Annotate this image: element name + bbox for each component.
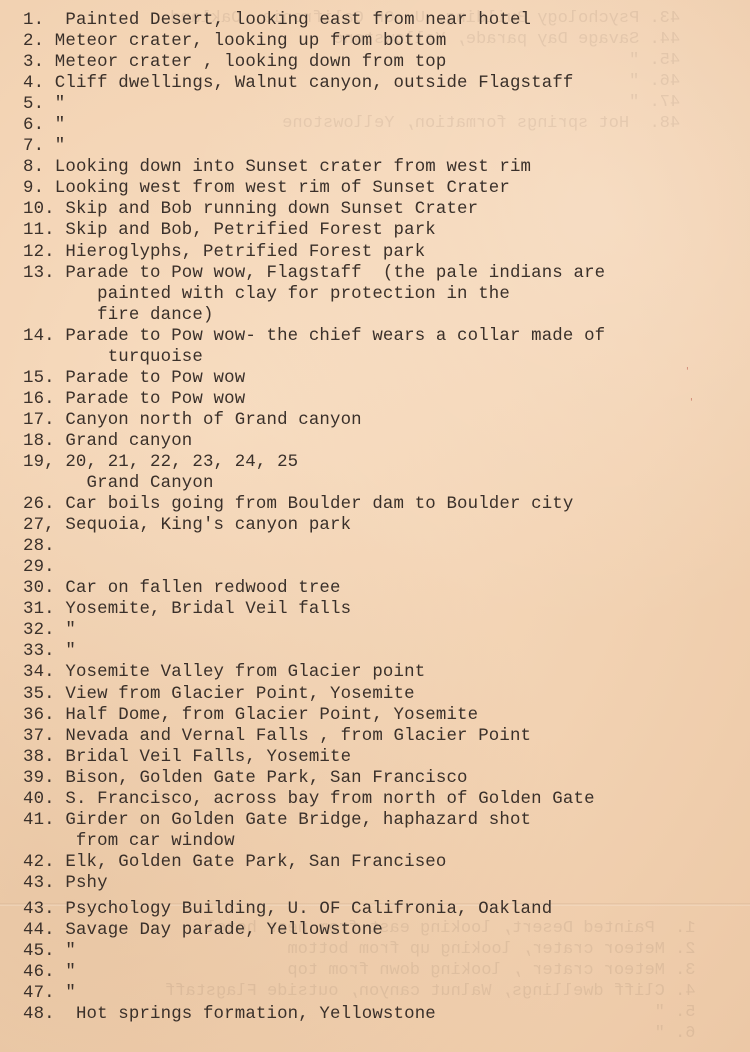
caption-entry: 26. Car boils going from Boulder dam to …: [23, 494, 605, 515]
entry-number: 45.: [23, 941, 55, 962]
entry-text: ": [55, 620, 76, 641]
caption-entry: 43. Psychology Building, U. OF Califroni…: [23, 899, 605, 920]
entry-number: 38.: [23, 747, 55, 768]
caption-entry: 37. Nevada and Vernal Falls , from Glaci…: [23, 726, 605, 747]
entry-number: 43.: [23, 899, 55, 920]
entry-continuation: from car window: [23, 831, 605, 852]
entry-number: 18.: [23, 431, 55, 452]
entry-text: Car boils going from Boulder dam to Boul…: [55, 494, 574, 515]
entry-number: 35.: [23, 684, 55, 705]
entry-number: 13.: [23, 263, 55, 284]
caption-entry: 42. Elk, Golden Gate Park, San Franciseo: [23, 852, 605, 873]
entry-text: Cliff dwellings, Walnut canyon, outside …: [44, 73, 573, 94]
entry-continuation: fire dance): [23, 305, 605, 326]
caption-entry: 39. Bison, Golden Gate Park, San Francis…: [23, 768, 605, 789]
caption-entry: 14. Parade to Pow wow- the chief wears a…: [23, 326, 605, 347]
entry-text: Savage Day parade, Yellowstone: [55, 920, 383, 941]
caption-entry: 29.: [23, 557, 605, 578]
entry-text: S. Francisco, across bay from north of G…: [55, 789, 595, 810]
entry-text: Looking down into Sunset crater from wes…: [44, 157, 531, 178]
caption-entry: 19, 20, 21, 22, 23, 24, 25: [23, 452, 605, 473]
caption-entry: 5. ": [23, 94, 605, 115]
entry-continuation: painted with clay for protection in the: [23, 284, 605, 305]
entry-number: 31.: [23, 599, 55, 620]
entry-number: 3.: [23, 52, 44, 73]
entry-text: Psychology Building, U. OF Califronia, O…: [55, 899, 553, 920]
entry-continuation: Grand Canyon: [23, 473, 605, 494]
entry-text: Grand canyon: [55, 431, 193, 452]
caption-entry: 10. Skip and Bob running down Sunset Cra…: [23, 199, 605, 220]
entry-number: 10.: [23, 199, 55, 220]
entry-number: 46.: [23, 962, 55, 983]
caption-entry: 31. Yosemite, Bridal Veil falls: [23, 599, 605, 620]
entry-text: Hieroglyphs, Petrified Forest park: [55, 242, 426, 263]
entry-text: Meteor crater, looking up from bottom: [44, 31, 446, 52]
entry-text: Sequoia, King's canyon park: [55, 515, 351, 536]
caption-entry: 35. View from Glacier Point, Yosemite: [23, 684, 605, 705]
entry-number: 1.: [23, 10, 44, 31]
entry-text: Parade to Pow wow- the chief wears a col…: [55, 326, 605, 347]
caption-entry: 15. Parade to Pow wow: [23, 368, 605, 389]
entry-number: 41.: [23, 810, 55, 831]
entry-number: 33.: [23, 641, 55, 662]
entry-text: View from Glacier Point, Yosemite: [55, 684, 415, 705]
entry-number: 27,: [23, 515, 55, 536]
entry-number: 48.: [23, 1004, 55, 1025]
caption-entry: 2. Meteor crater, looking up from bottom: [23, 31, 605, 52]
caption-entry: 44. Savage Day parade, Yellowstone: [23, 920, 605, 941]
entry-number: 7.: [23, 136, 44, 157]
entry-text: Car on fallen redwood tree: [55, 578, 341, 599]
caption-entry: 46. ": [23, 962, 605, 983]
entry-number: 44.: [23, 920, 55, 941]
entry-text: Parade to Pow wow, Flagstaff (the pale i…: [55, 263, 605, 284]
caption-entry: 16. Parade to Pow wow: [23, 389, 605, 410]
entry-number: 43.: [23, 873, 55, 894]
entry-number: 2.: [23, 31, 44, 52]
entry-text: Pshy: [55, 873, 108, 894]
caption-entry: 48. Hot springs formation, Yellowstone: [23, 1004, 605, 1025]
entry-number: 29.: [23, 557, 55, 578]
caption-entry: 30. Car on fallen redwood tree: [23, 578, 605, 599]
caption-entry: 38. Bridal Veil Falls, Yosemite: [23, 747, 605, 768]
entry-number: 8.: [23, 157, 44, 178]
caption-entry: 7. ": [23, 136, 605, 157]
entry-text: Bison, Golden Gate Park, San Francisco: [55, 768, 468, 789]
caption-entry: 9. Looking west from west rim of Sunset …: [23, 178, 605, 199]
caption-entry: 45. ": [23, 941, 605, 962]
entry-number: 32.: [23, 620, 55, 641]
entry-text: Nevada and Vernal Falls , from Glacier P…: [55, 726, 531, 747]
caption-entry: 3. Meteor crater , looking down from top: [23, 52, 605, 73]
entry-number: 14.: [23, 326, 55, 347]
entry-text: ": [44, 94, 65, 115]
entry-continuation: turquoise: [23, 347, 605, 368]
entry-number: 6.: [23, 115, 44, 136]
caption-entry: 1. Painted Desert, looking east from nea…: [23, 10, 605, 31]
caption-entry: 6. ": [23, 115, 605, 136]
entry-number: 12.: [23, 242, 55, 263]
entry-number: 42.: [23, 852, 55, 873]
entry-text: ": [44, 115, 65, 136]
entry-number: 4.: [23, 73, 44, 94]
entry-number: 26.: [23, 494, 55, 515]
entry-number: 5.: [23, 94, 44, 115]
caption-entry: 27, Sequoia, King's canyon park: [23, 515, 605, 536]
entry-number: 47.: [23, 983, 55, 1004]
entry-text: ": [55, 983, 76, 1004]
caption-entry: 47. ": [23, 983, 605, 1004]
entry-text: Skip and Bob, Petrified Forest park: [55, 220, 436, 241]
entry-number: 19, 20, 21, 22, 23, 24, 25: [23, 452, 298, 473]
caption-entry: 11. Skip and Bob, Petrified Forest park: [23, 220, 605, 241]
entry-text: Hot springs formation, Yellowstone: [55, 1004, 436, 1025]
caption-entry: 33. ": [23, 641, 605, 662]
entry-number: 28.: [23, 536, 55, 557]
entry-text: Skip and Bob running down Sunset Crater: [55, 199, 478, 220]
caption-entry: 4. Cliff dwellings, Walnut canyon, outsi…: [23, 73, 605, 94]
entry-number: 30.: [23, 578, 55, 599]
entry-text: Looking west from west rim of Sunset Cra…: [44, 178, 510, 199]
entry-number: 34.: [23, 662, 55, 683]
entry-text: Yosemite, Bridal Veil falls: [55, 599, 351, 620]
entry-number: 17.: [23, 410, 55, 431]
entry-text: Girder on Golden Gate Bridge, haphazard …: [55, 810, 531, 831]
caption-entry: 13. Parade to Pow wow, Flagstaff (the pa…: [23, 263, 605, 284]
caption-entry: 41. Girder on Golden Gate Bridge, haphaz…: [23, 810, 605, 831]
entry-text: Parade to Pow wow: [55, 389, 246, 410]
caption-entry: 28.: [23, 536, 605, 557]
entry-text: Half Dome, from Glacier Point, Yosemite: [55, 705, 478, 726]
caption-entry: 36. Half Dome, from Glacier Point, Yosem…: [23, 705, 605, 726]
caption-entry: 12. Hieroglyphs, Petrified Forest park: [23, 242, 605, 263]
ink-speck: ': [690, 397, 693, 408]
entry-text: Parade to Pow wow: [55, 368, 246, 389]
entry-number: 39.: [23, 768, 55, 789]
entry-number: 37.: [23, 726, 55, 747]
entry-number: 40.: [23, 789, 55, 810]
entry-number: 36.: [23, 705, 55, 726]
entry-number: 11.: [23, 220, 55, 241]
entry-text: Canyon north of Grand canyon: [55, 410, 362, 431]
caption-entry: 17. Canyon north of Grand canyon: [23, 410, 605, 431]
entry-text: ": [44, 136, 65, 157]
caption-entry: 34. Yosemite Valley from Glacier point: [23, 662, 605, 683]
entry-number: 15.: [23, 368, 55, 389]
entry-text: Meteor crater , looking down from top: [44, 52, 446, 73]
caption-list: 1. Painted Desert, looking east from nea…: [23, 10, 605, 1025]
entry-text: Yosemite Valley from Glacier point: [55, 662, 426, 683]
caption-entry: 43. Pshy: [23, 873, 605, 894]
entry-number: 16.: [23, 389, 55, 410]
caption-entry: 18. Grand canyon: [23, 431, 605, 452]
caption-entry: 32. ": [23, 620, 605, 641]
entry-text: Painted Desert, looking east from near h…: [44, 10, 531, 31]
entry-text: Elk, Golden Gate Park, San Franciseo: [55, 852, 447, 873]
entry-text: ": [55, 941, 76, 962]
entry-text: ": [55, 641, 76, 662]
entry-number: 9.: [23, 178, 44, 199]
ink-speck: ': [686, 366, 689, 377]
entry-text: Bridal Veil Falls, Yosemite: [55, 747, 351, 768]
caption-entry: 8. Looking down into Sunset crater from …: [23, 157, 605, 178]
entry-text: ": [55, 962, 76, 983]
caption-entry: 40. S. Francisco, across bay from north …: [23, 789, 605, 810]
